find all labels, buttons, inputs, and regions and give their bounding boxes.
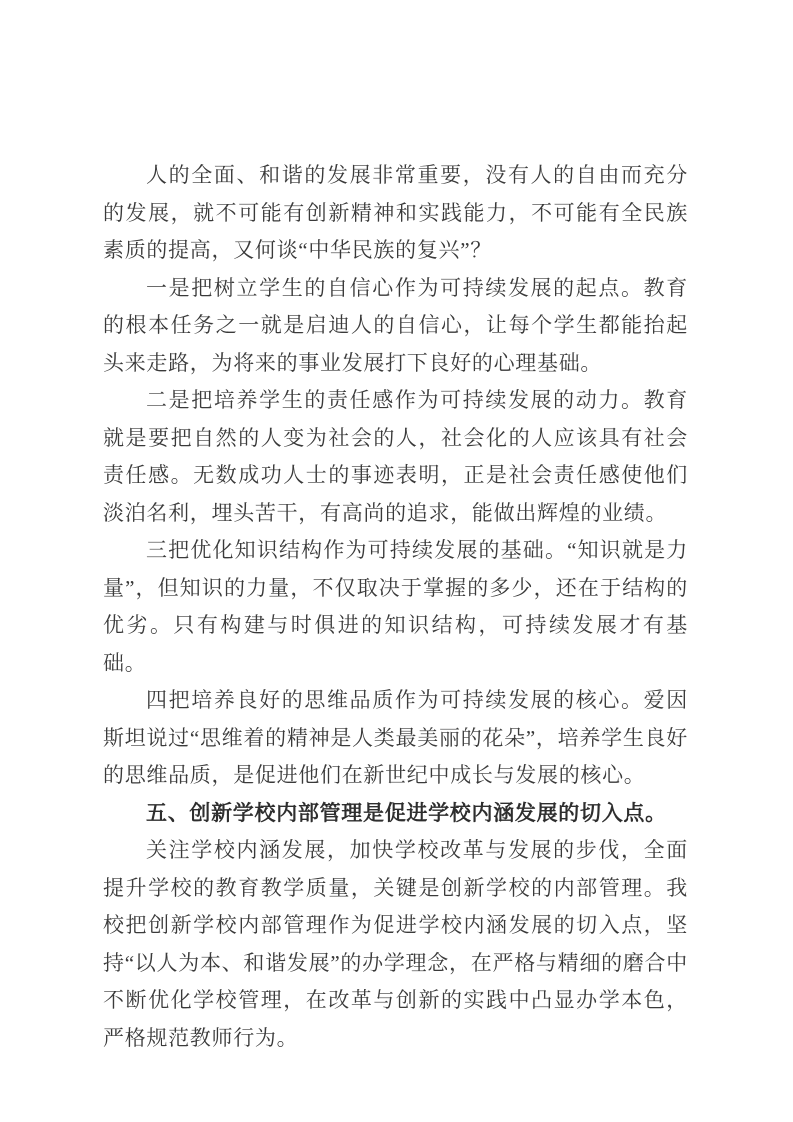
paragraph: 人的全面、和谐的发展非常重要，没有人的自由而充分的发展，就不可能有创新精神和实践… <box>103 157 688 270</box>
document-body: 人的全面、和谐的发展非常重要，没有人的自由而充分的发展，就不可能有创新精神和实践… <box>103 157 688 1057</box>
paragraph: 三把优化知识结构作为可持续发展的基础。“知识就是力量”，但知识的力量，不仅取决于… <box>103 532 688 682</box>
paragraph: 一是把树立学生的自信心作为可持续发展的起点。教育的根本任务之一就是启迪人的自信心… <box>103 270 688 383</box>
paragraph: 二是把培养学生的责任感作为可持续发展的动力。教育就是要把自然的人变为社会的人，社… <box>103 382 688 532</box>
paragraph: 四把培养良好的思维品质作为可持续发展的核心。爱因斯坦说过“思维着的精神是人类最美… <box>103 682 688 795</box>
section-heading: 五、创新学校内部管理是促进学校内涵发展的切入点。 <box>103 795 688 833</box>
document-page: 人的全面、和谐的发展非常重要，没有人的自由而充分的发展，就不可能有创新精神和实践… <box>0 0 793 1122</box>
paragraph: 关注学校内涵发展，加快学校改革与发展的步伐，全面提升学校的教育教学质量，关键是创… <box>103 832 688 1057</box>
